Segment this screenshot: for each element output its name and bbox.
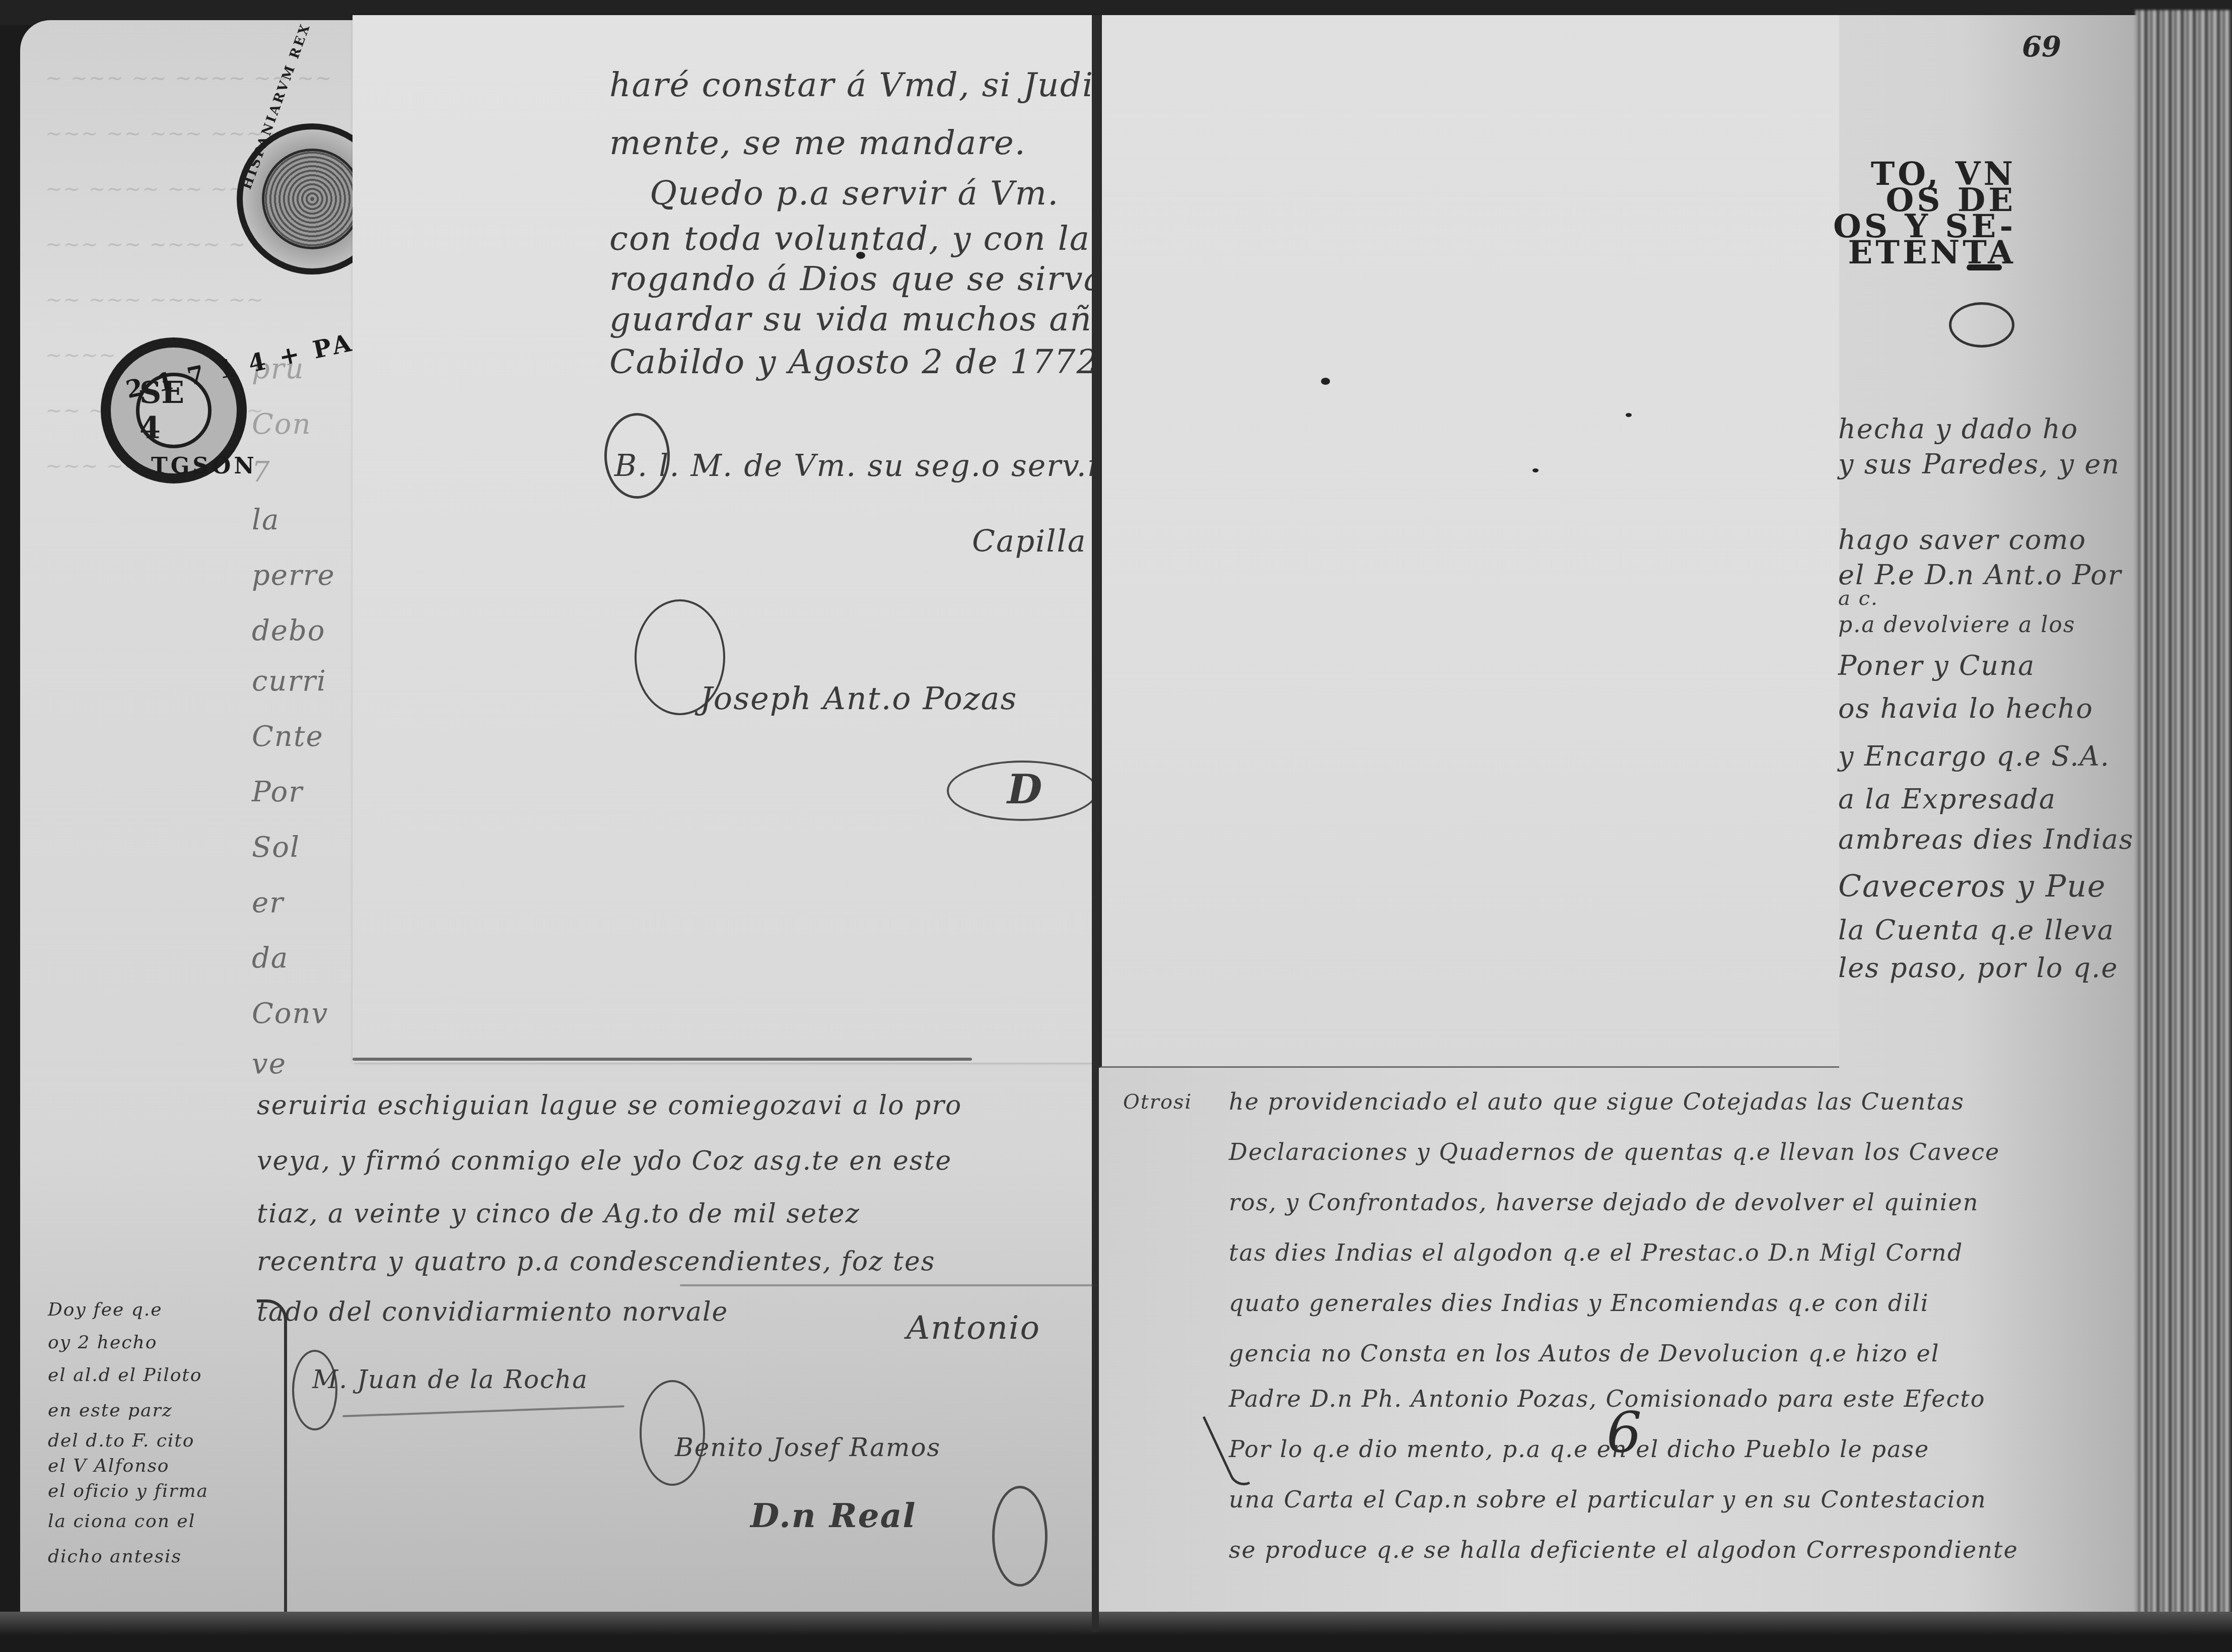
side-line: hago saver como bbox=[1838, 524, 2086, 556]
side-line: les paso, por lo q.e bbox=[1838, 952, 2118, 984]
pasted-letter: haré constar á Vmd, si Judicial mente, s… bbox=[353, 15, 1098, 1063]
divider-line bbox=[353, 1058, 972, 1061]
notary-rubric-icon bbox=[992, 1486, 1048, 1587]
signature-juan: M. Juan de la Rocha bbox=[312, 1365, 588, 1394]
body-line: tas dies Indias el algodon q.e el Presta… bbox=[1229, 1239, 1963, 1266]
body-line: tiaz, a veinte y cinco de Ag.to de mil s… bbox=[257, 1199, 860, 1229]
margin-note-line: el V Alfonso bbox=[48, 1456, 170, 1476]
header-line: ETENTA bbox=[1833, 240, 2016, 266]
margin-note-line: dicho antesis bbox=[48, 1546, 182, 1567]
side-line: a c. bbox=[1838, 587, 1878, 610]
letter-line: guardar su vida muchos años bbox=[609, 300, 1132, 338]
ghost-line: da bbox=[252, 942, 289, 975]
large-numeral: 6 bbox=[1607, 1400, 1643, 1465]
letter-line: Quedo p.a servir á Vm. bbox=[650, 174, 1059, 213]
body-line: tado del convidiarmiento norvale bbox=[257, 1297, 728, 1327]
margin-note-line: del d.to F. cito bbox=[48, 1430, 194, 1451]
stamp-bottom-legend: TGSON bbox=[151, 453, 257, 479]
side-line: hecha y dado ho bbox=[1838, 413, 2078, 445]
side-line: y Encargo q.e S.A. bbox=[1838, 740, 2110, 772]
printed-stamp-header: TO, VN OS DE OS Y SE- ETENTA bbox=[1833, 161, 2016, 266]
ghost-line: ve bbox=[252, 1048, 287, 1080]
body-line: veya, y firmó conmigo ele ydo Coz asg.te… bbox=[257, 1146, 952, 1176]
ghost-line: Por bbox=[252, 776, 303, 808]
body-line: ros, y Confrontados, haverse dejado de d… bbox=[1229, 1189, 1979, 1216]
body-line: se produce q.e se halla deficiente el al… bbox=[1229, 1536, 2018, 1563]
ink-dot bbox=[1532, 468, 1539, 472]
letter-rubric: D bbox=[1007, 766, 1043, 813]
side-line: a la Expresada bbox=[1838, 783, 2056, 815]
margin-bracket bbox=[257, 1299, 287, 1612]
margin-otrosi: Otrosi bbox=[1123, 1090, 1192, 1114]
ghost-line: Conv bbox=[252, 997, 328, 1030]
body-line: seruiria eschiguian lague se comiegozavi… bbox=[257, 1090, 962, 1121]
margin-note-line: oy 2 hecho bbox=[48, 1332, 157, 1353]
side-line: p.a devolviere a los bbox=[1838, 612, 2075, 638]
side-line: el P.e D.n Ant.o Por bbox=[1838, 559, 2122, 591]
side-line: os havia lo hecho bbox=[1838, 693, 2094, 724]
ink-dot bbox=[1626, 413, 1632, 417]
body-line: gencia no Consta en los Autos de Devoluc… bbox=[1229, 1340, 1939, 1367]
letter-line: rogando á Dios que se sirva bbox=[609, 259, 1104, 298]
body-line: he providenciado el auto que sigue Cotej… bbox=[1229, 1088, 1965, 1115]
signature-notary: D.n Real bbox=[750, 1496, 917, 1535]
letter-line: mente, se me mandare. bbox=[609, 123, 1026, 162]
rubric-oval-icon bbox=[1949, 302, 2014, 348]
signature-benito: Benito Josef Ramos bbox=[675, 1433, 941, 1462]
ghost-line: Cnte bbox=[252, 720, 324, 753]
letter-line: haré constar á Vmd, si Judicial bbox=[609, 65, 1158, 104]
page-edges bbox=[2135, 10, 2232, 1652]
ink-dot bbox=[856, 252, 865, 259]
side-line: ambreas dies Indias bbox=[1838, 823, 2134, 855]
body-line: recentra y quatro p.a condescendientes, … bbox=[257, 1247, 935, 1277]
letter-line: con toda voluntad, y con la mia bbox=[609, 219, 1167, 258]
letter-closing-place: Capilla bbox=[972, 524, 1086, 559]
side-line: Poner y Cuna bbox=[1838, 650, 2035, 681]
signature-antonio: Antonio bbox=[906, 1310, 1040, 1347]
side-line: Caveceros y Pue bbox=[1838, 869, 2106, 904]
flourish-icon bbox=[604, 413, 670, 499]
ghost-line: perre bbox=[252, 559, 335, 592]
side-line: la Cuenta q.e lleva bbox=[1838, 914, 2115, 946]
ghost-line: er bbox=[252, 886, 284, 919]
margin-note-line: en este parz bbox=[48, 1400, 173, 1421]
blank-paste-sheet bbox=[1099, 15, 1839, 1068]
folio-number: 69 bbox=[2022, 30, 2061, 63]
book-gutter bbox=[1092, 15, 1099, 1632]
ghost-line: debo bbox=[252, 614, 326, 647]
ghost-line: Sol bbox=[252, 831, 300, 864]
bottom-frame-shadow bbox=[0, 1612, 2232, 1652]
letter-signature: Joseph Ant.o Pozas bbox=[700, 680, 1017, 717]
body-line: Por lo q.e dio mento, p.a q.e en el dich… bbox=[1229, 1435, 1929, 1463]
body-line: quato generales dies Indias y Encomienda… bbox=[1229, 1289, 1929, 1317]
body-line: Declaraciones y Quadernos de quentas q.e… bbox=[1229, 1138, 2000, 1165]
header-ink-mark bbox=[1967, 264, 2002, 270]
margin-note-line: el al.d el Piloto bbox=[48, 1365, 202, 1386]
ghost-line: la bbox=[252, 504, 280, 536]
ghost-line: curri bbox=[252, 665, 327, 698]
body-line: una Carta el Cap.n sobre el particular y… bbox=[1229, 1486, 1987, 1513]
line-filler bbox=[680, 1284, 1098, 1286]
margin-note-line: la ciona con el bbox=[48, 1511, 195, 1532]
margin-note-line: el oficio y firma bbox=[48, 1481, 208, 1501]
side-line: y sus Paredes, y en bbox=[1838, 448, 2120, 480]
letter-date-line: Cabildo y Agosto 2 de 1772 bbox=[609, 342, 1099, 381]
ink-dot bbox=[1321, 378, 1330, 385]
margin-note-line: Doy fee q.e bbox=[48, 1299, 163, 1320]
